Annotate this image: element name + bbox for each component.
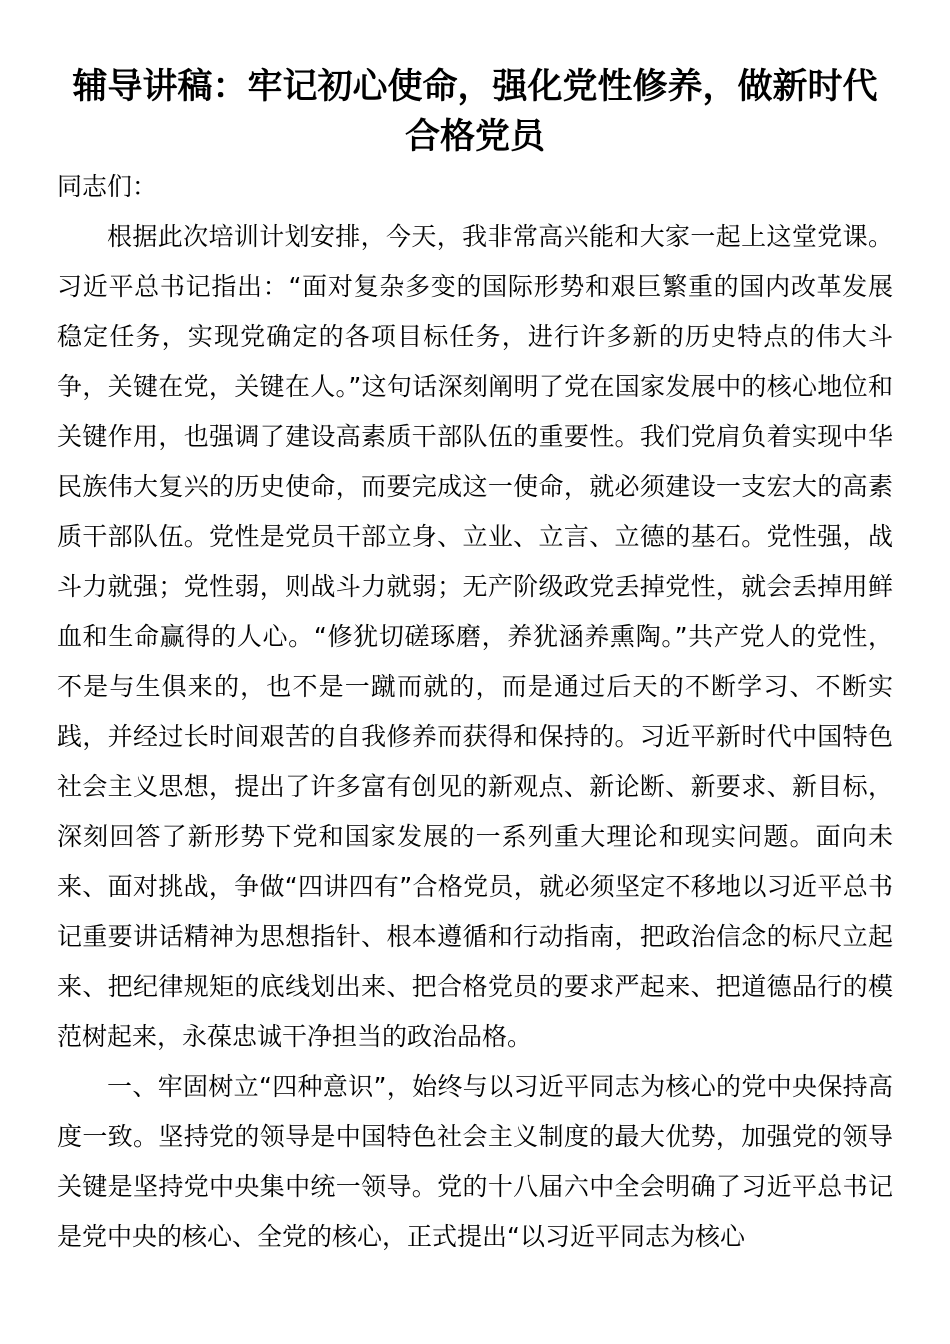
- salutation-line: 同志们：: [57, 162, 893, 212]
- paragraph-intro: 根据此次培训计划安排，今天，我非常高兴能和大家一起上这堂党课。习近平总书记指出：…: [57, 212, 893, 1062]
- document-page: 辅导讲稿：牢记初心使命，强化党性修养，做新时代合格党员 同志们： 根据此次培训计…: [0, 0, 950, 1344]
- paragraph-section-one: 一、牢固树立“四种意识”，始终与以习近平同志为核心的党中央保持高度一致。坚持党的…: [57, 1062, 893, 1262]
- document-body: 同志们： 根据此次培训计划安排，今天，我非常高兴能和大家一起上这堂党课。习近平总…: [57, 162, 893, 1262]
- document-title: 辅导讲稿：牢记初心使命，强化党性修养，做新时代合格党员: [57, 62, 893, 162]
